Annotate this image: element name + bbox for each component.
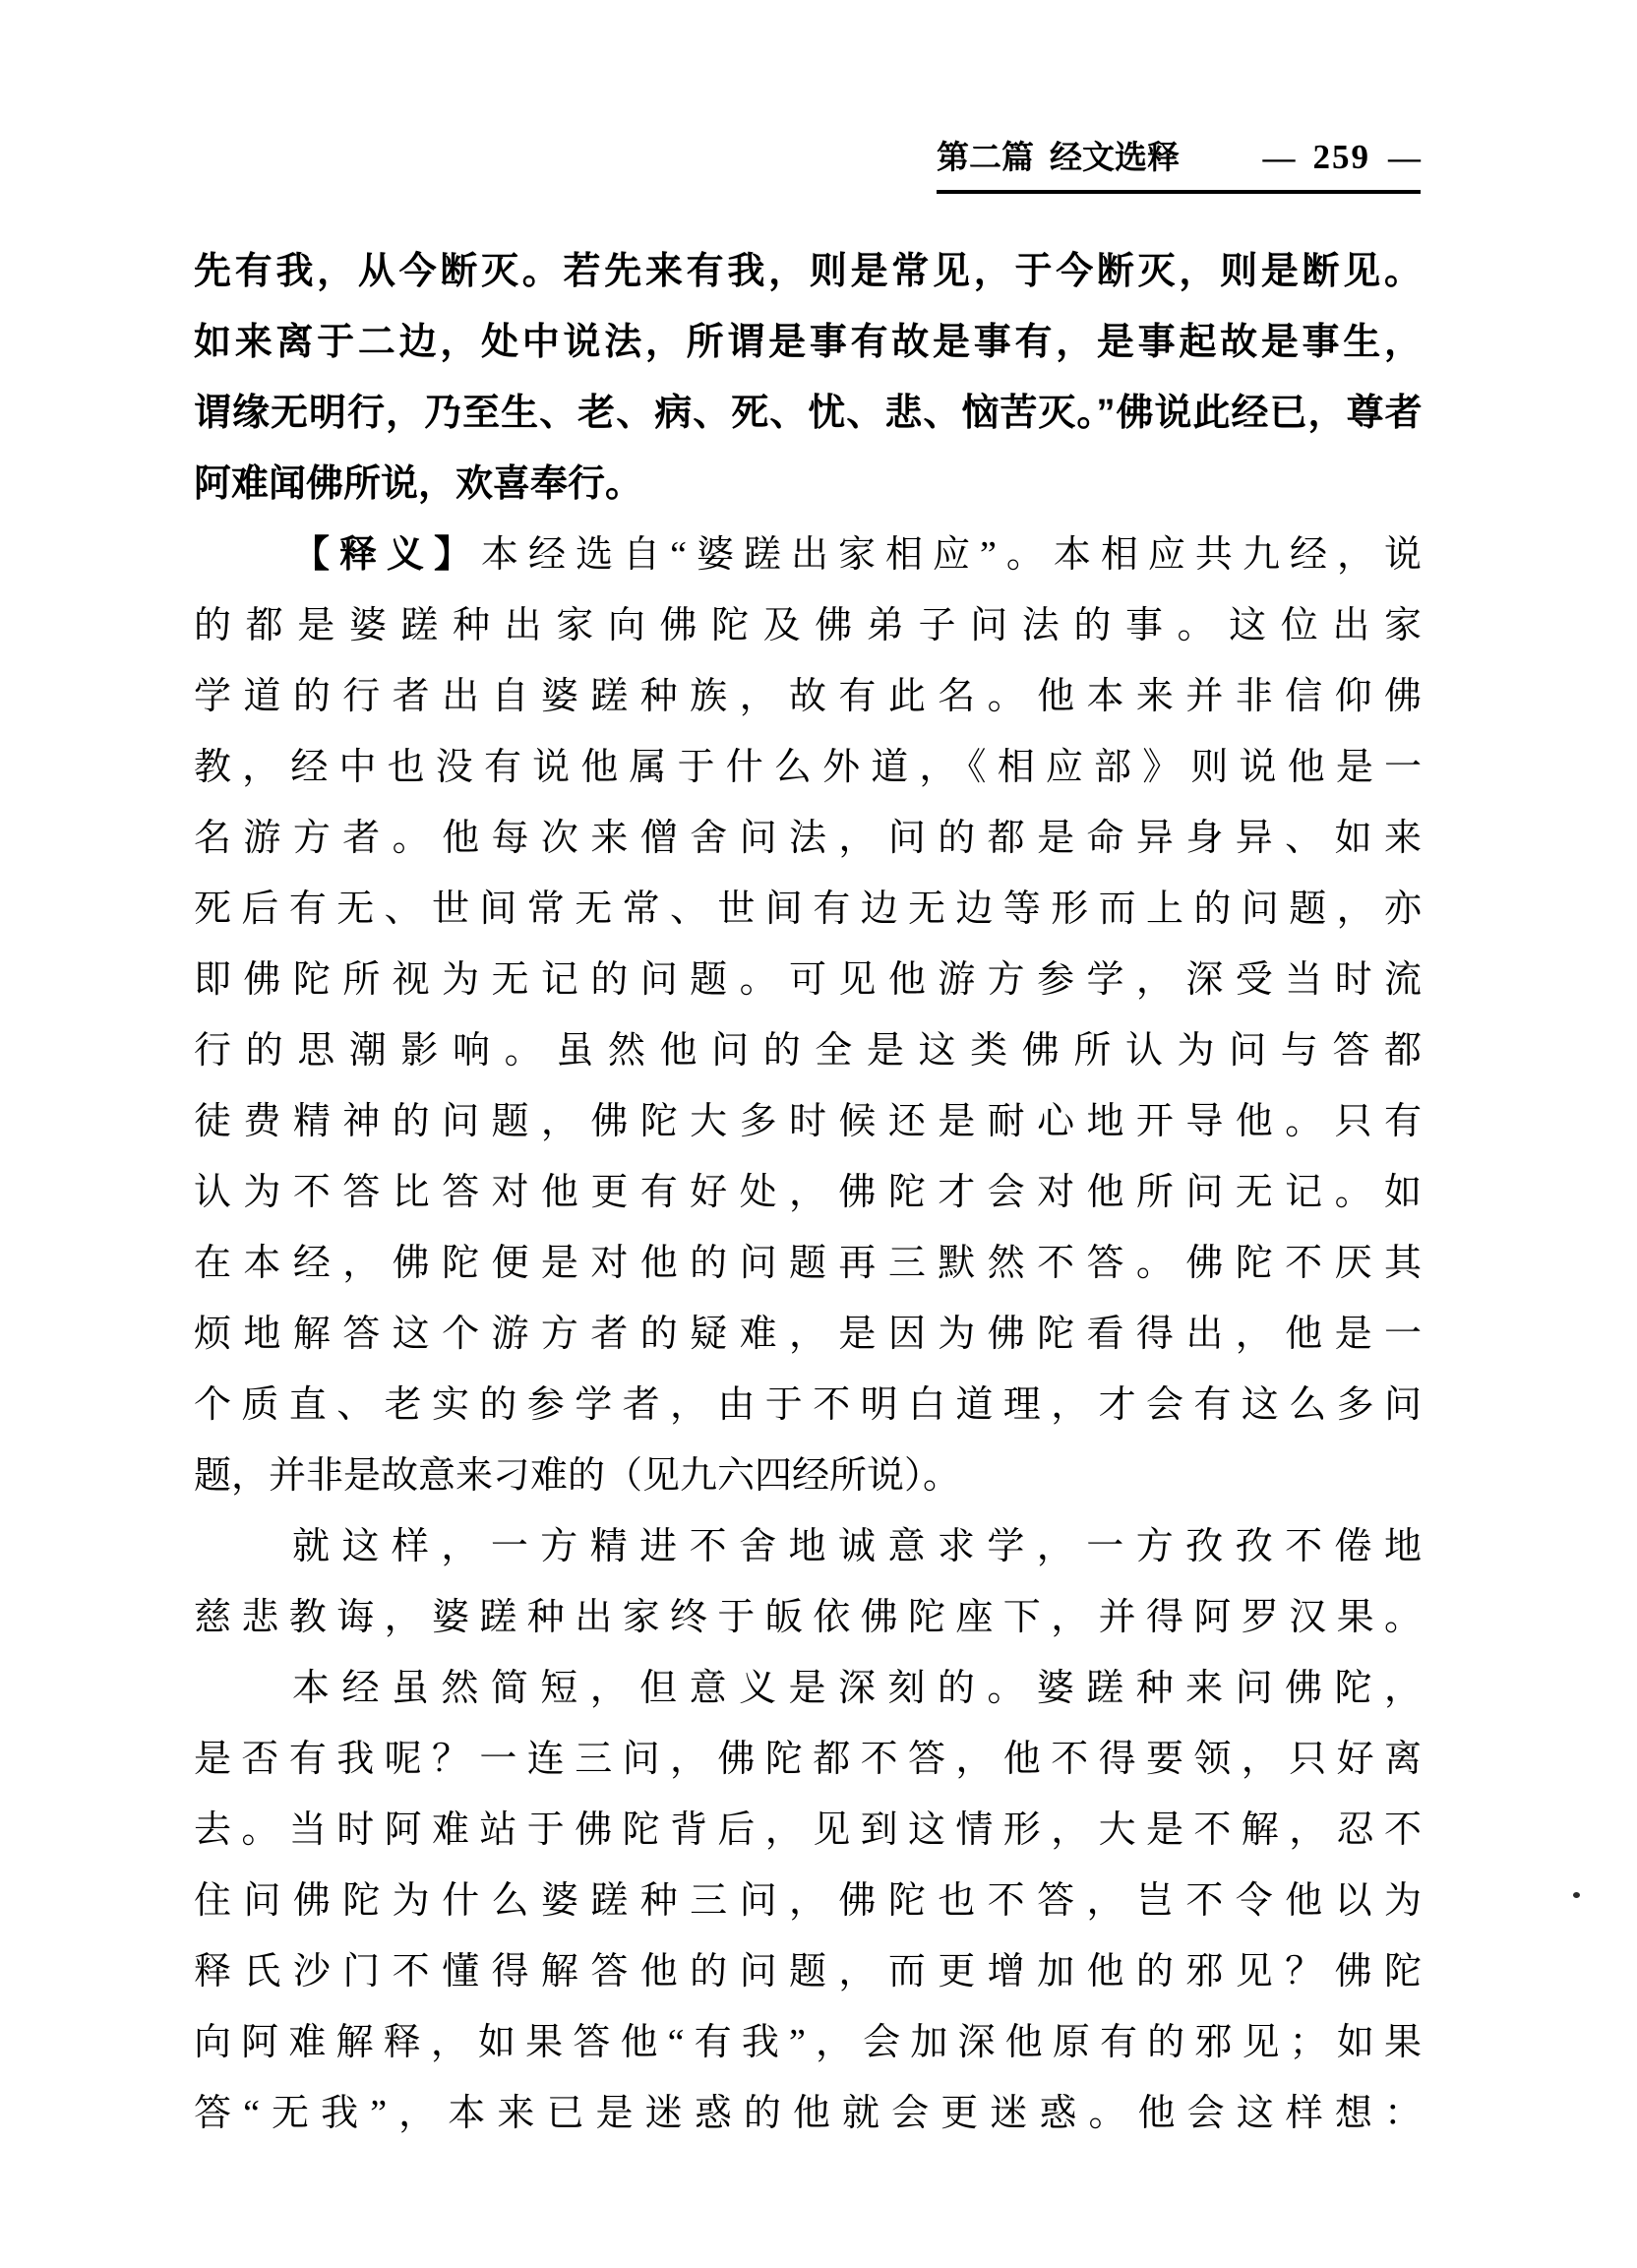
paragraph-lead-label: 【释义】 — [292, 534, 481, 576]
text-line: 题，并非是故意来刁难的（见九六四经所说）。 — [194, 1440, 1422, 1511]
text-line: 学道的行者出自婆蹉种族，故有此名。他本来并非信仰佛 — [194, 661, 1422, 732]
section-label: 经文选释 — [1050, 132, 1180, 178]
scan-artifact-dot — [1573, 1892, 1580, 1898]
text-run: 本经选自“婆蹉出家相应”。本相应共九经，说 — [481, 534, 1422, 576]
significance-paragraph: 本经虽然简短，但意义是深刻的。婆蹉种来问佛陀， 是否有我呢？一连三问，佛陀都不答… — [194, 1653, 1422, 2149]
folio-dash-left: — — [1263, 141, 1296, 177]
folio-dash-right: — — [1388, 141, 1421, 177]
text-line: 徒费精神的问题，佛陀大多时候还是耐心地开导他。只有 — [194, 1086, 1422, 1157]
text-line: 的都是婆蹉种出家向佛陀及佛弟子问法的事。这位出家 — [194, 590, 1422, 661]
text-line: 先有我，从今断灭。若先来有我，则是常见，于今断灭，则是断见。 — [194, 236, 1422, 307]
book-page: 第二篇 经文选释 — 259 — 先有我，从今断灭。若先来有我，则是常见，于今断… — [0, 0, 1637, 2268]
text-line: 慈悲教诲，婆蹉种出家终于皈依佛陀座下，并得阿罗汉果。 — [194, 1582, 1422, 1653]
text-line: 个质直、老实的参学者，由于不明白道理，才会有这么多问 — [194, 1370, 1422, 1440]
text-line: 如来离于二边，处中说法，所谓是事有故是事有，是事起故是事生， — [194, 307, 1422, 378]
text-line: 【释义】本经选自“婆蹉出家相应”。本相应共九经，说 — [194, 520, 1422, 590]
text-line: 住问佛陀为什么婆蹉种三问，佛陀也不答，岂不令他以为 — [194, 1866, 1422, 1936]
page-number: 259 — [1313, 138, 1371, 177]
folio: — 259 — — [1263, 138, 1422, 177]
text-line: 教，经中也没有说他属于什么外道，《相应部》则说他是一 — [194, 732, 1422, 803]
text-line: 在本经，佛陀便是对他的问题再三默然不答。佛陀不厌其 — [194, 1228, 1422, 1299]
text-line: 死后有无、世间常无常、世间有边无边等形而上的问题，亦 — [194, 874, 1422, 945]
running-head-title: 第二篇 经文选释 — [937, 132, 1180, 178]
sutra-quote-paragraph: 先有我，从今断灭。若先来有我，则是常见，于今断灭，则是断见。 如来离于二边，处中… — [194, 236, 1422, 520]
text-line: 名游方者。他每次来僧舍问法，问的都是命异身异、如来 — [194, 803, 1422, 874]
text-line: 行的思潮影响。虽然他问的全是这类佛所认为问与答都 — [194, 1015, 1422, 1086]
text-line: 就这样，一方精进不舍地诚意求学，一方孜孜不倦地 — [194, 1511, 1422, 1582]
devotion-paragraph: 就这样，一方精进不舍地诚意求学，一方孜孜不倦地 慈悲教诲，婆蹉种出家终于皈依佛陀… — [194, 1511, 1422, 1653]
text-line: 谓缘无明行，乃至生、老、病、死、忧、悲、恼苦灭。”佛说此经已，尊者 — [194, 378, 1422, 449]
text-line: 是否有我呢？一连三问，佛陀都不答，他不得要领，只好离 — [194, 1724, 1422, 1795]
text-line: 烦地解答这个游方者的疑难，是因为佛陀看得出，他是一 — [194, 1299, 1422, 1370]
text-line: 阿难闻佛所说，欢喜奉行。 — [194, 449, 1422, 520]
page-body: 先有我，从今断灭。若先来有我，则是常见，于今断灭，则是断见。 如来离于二边，处中… — [194, 236, 1422, 2149]
text-line: 认为不答比答对他更有好处，佛陀才会对他所问无记。如 — [194, 1157, 1422, 1228]
part-label: 第二篇 — [937, 132, 1034, 178]
text-line: 本经虽然简短，但意义是深刻的。婆蹉种来问佛陀， — [194, 1653, 1422, 1724]
text-line: 向阿难解释，如果答他“有我”，会加深他原有的邪见；如果 — [194, 2007, 1422, 2078]
text-line: 即佛陀所视为无记的问题。可见他游方参学，深受当时流 — [194, 945, 1422, 1015]
text-line: 去。当时阿难站于佛陀背后，见到这情形，大是不解，忍不 — [194, 1795, 1422, 1866]
text-line: 释氏沙门不懂得解答他的问题，而更增加他的邪见？佛陀 — [194, 1936, 1422, 2007]
text-line: 答“无我”，本来已是迷惑的他就会更迷惑。他会这样想： — [194, 2078, 1422, 2149]
page-header: 第二篇 经文选释 — 259 — — [937, 132, 1421, 194]
explanation-paragraph: 【释义】本经选自“婆蹉出家相应”。本相应共九经，说 的都是婆蹉种出家向佛陀及佛弟… — [194, 520, 1422, 1511]
